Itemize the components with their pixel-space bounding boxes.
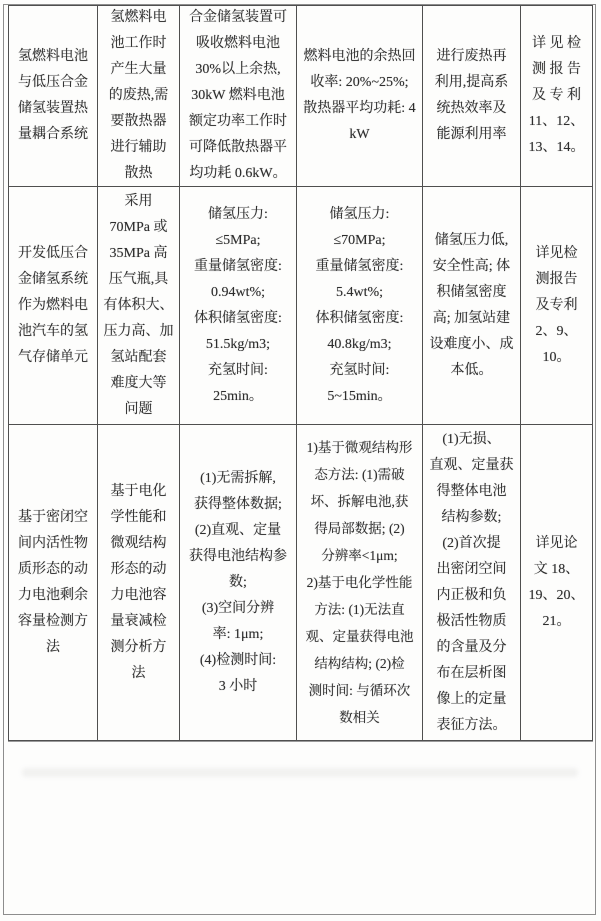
cell-r1-c2: 氢燃料电 池工作时 产生大量 的废热,需 要散热器 进行辅助 散热 — [98, 6, 180, 187]
cell-r1-c1: 氢燃料电池 与低压合金 储氢装置热 量耦合系统 — [9, 6, 98, 187]
achievement-comparison-table: 氢燃料电池 与低压合金 储氢装置热 量耦合系统 氢燃料电 池工作时 产生大量 的… — [8, 5, 593, 741]
cell-r1-c3: 合金储氢装置可 吸收燃料电池 30%以上余热, 30kW 燃料电池 额定功率工作… — [180, 6, 297, 187]
cell-text: (1)无损、 直观、定量获 得整体电池 结构参数; (2)首次提 出密闭空间 内… — [430, 427, 514, 739]
cell-r1-c5: 进行废热再 利用,提高系 统热效率及 能源利用率 — [423, 6, 521, 187]
cell-r2-c4: 储氢压力: ≤70MPa; 重量储氢密度: 5.4wt%; 体积储氢密度: 40… — [297, 187, 423, 425]
cell-text: 详见检 测报告 及专利 2、9、10。 — [523, 241, 590, 371]
cell-text: 氢燃料电池 与低压合金 储氢装置热 量耦合系统 — [18, 44, 88, 148]
cell-text: 燃料电池的余热回 收率: 20%~25%; 散热器平均功耗: 4 kW — [303, 44, 415, 148]
cell-r2-c1: 开发低压合 金储氢系统 作为燃料电 池汽车的氢 气存储单元 — [9, 187, 98, 425]
cell-text: 储氢压力低, 安全性高; 体 积储氢密度 高; 加氢站建 设难度小、成 本低。 — [430, 228, 514, 384]
cell-r3-c1: 基于密闭空 间内活性物 质形态的动 力电池剩余 容量检测方 法 — [9, 425, 98, 741]
cell-text: 详 见 检 测 报 告 及 专 利 11、12、 13、14。 — [529, 31, 585, 161]
cell-text: 基于电化 学性能和 微观结构 形态的动 力电池容 量衰减检 测分析方 法 — [111, 479, 167, 687]
cell-text: 1)基于微观结构形 态方法: (1)需破 坏、拆解电池,获 得局部数据; (2)… — [306, 434, 414, 731]
scanned-document-page: 氢燃料电池 与低压合金 储氢装置热 量耦合系统 氢燃料电 池工作时 产生大量 的… — [3, 4, 596, 915]
cell-r1-c6: 详 见 检 测 报 告 及 专 利 11、12、 13、14。 — [521, 6, 593, 187]
cell-r2-c5: 储氢压力低, 安全性高; 体 积储氢密度 高; 加氢站建 设难度小、成 本低。 — [423, 187, 521, 425]
cell-text: 开发低压合 金储氢系统 作为燃料电 池汽车的氢 气存储单元 — [18, 241, 88, 371]
cell-text: 详见论 文 18、 19、20、 21。 — [529, 531, 585, 635]
cell-text: 合金储氢装置可 吸收燃料电池 30%以上余热, 30kW 燃料电池 额定功率工作… — [189, 6, 287, 187]
cell-r3-c5: (1)无损、 直观、定量获 得整体电池 结构参数; (2)首次提 出密闭空间 内… — [423, 425, 521, 741]
cell-r3-c2: 基于电化 学性能和 微观结构 形态的动 力电池容 量衰减检 测分析方 法 — [98, 425, 180, 741]
cell-r3-c6: 详见论 文 18、 19、20、 21。 — [521, 425, 593, 741]
cell-text: 进行废热再 利用,提高系 统热效率及 能源利用率 — [435, 44, 509, 148]
cell-text: 储氢压力: ≤70MPa; 重量储氢密度: 5.4wt%; 体积储氢密度: 40… — [316, 202, 404, 410]
cell-r1-c4: 燃料电池的余热回 收率: 20%~25%; 散热器平均功耗: 4 kW — [297, 6, 423, 187]
cell-r3-c3: (1)无需拆解, 获得整体数据; (2)直观、定量 获得电池结构参 数; (3)… — [180, 425, 297, 741]
cell-text: 氢燃料电 池工作时 产生大量 的废热,需 要散热器 进行辅助 散热 — [109, 6, 169, 187]
cell-r3-c4: 1)基于微观结构形 态方法: (1)需破 坏、拆解电池,获 得局部数据; (2)… — [297, 425, 423, 741]
cell-text: 储氢压力: ≤5MPa; 重量储氢密度: 0.94wt%; 体积储氢密度: 51… — [194, 202, 282, 410]
cell-r2-c2: 采用 70MPa 或 35MPa 高 压气瓶,具 有体积大、 压力高、加 氢站配… — [98, 187, 180, 425]
scan-smudge-artifact — [22, 768, 578, 777]
cell-r2-c3: 储氢压力: ≤5MPa; 重量储氢密度: 0.94wt%; 体积储氢密度: 51… — [180, 187, 297, 425]
cell-text: 采用 70MPa 或 35MPa 高 压气瓶,具 有体积大、 压力高、加 氢站配… — [104, 189, 174, 423]
cell-text: (1)无需拆解, 获得整体数据; (2)直观、定量 获得电池结构参 数; (3)… — [189, 466, 287, 700]
cell-text: 基于密闭空 间内活性物 质形态的动 力电池剩余 容量检测方 法 — [18, 505, 88, 661]
cell-r2-c6: 详见检 测报告 及专利 2、9、10。 — [521, 187, 593, 425]
